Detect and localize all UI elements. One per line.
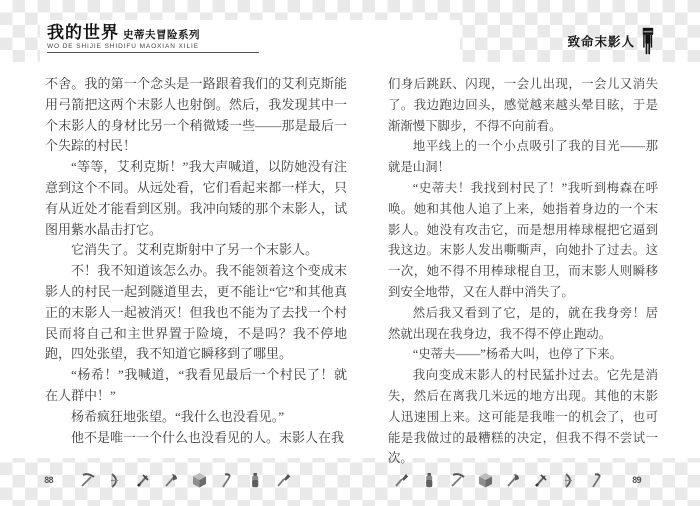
bow-icon: [107, 472, 124, 489]
paragraph: “等等，艾利克斯！”我大声喊道，以防她没有注意到这个不同。从远处看，它们看起来都…: [45, 157, 347, 240]
shovel-icon: [275, 472, 292, 489]
pickaxe-icon: [79, 472, 96, 489]
paragraph: “杨希！”我喊道，“我看见最后一个村民了！就在人群中！”: [45, 365, 347, 407]
series-logo-subtitle: 史蒂夫冒险系列: [123, 29, 200, 41]
potion-icon: [247, 472, 264, 489]
pickaxe-icon: [449, 472, 466, 489]
bow-icon: [561, 472, 578, 489]
enderman-icon: [640, 26, 656, 56]
sword-icon: [135, 472, 152, 489]
series-logo: 我的世界 史蒂夫冒险系列 WO DE SHIJIE SHIDIFU MAOXIA…: [47, 24, 277, 53]
paragraph: 然后我又看到了它，是的，就在我身旁！居然就出现在我身边，我不得不停止跑动。: [388, 303, 658, 345]
hoe-icon: [219, 472, 236, 489]
series-logo-pinyin: WO DE SHIJIE SHIDIFU MAOXIAN XILIE: [47, 43, 259, 53]
paragraph: 们身后跳跃、闪现，一会儿出现，一会儿又消失了。我边跑边回头，感觉越来越头晕目眩，…: [388, 74, 658, 136]
block-icon: [477, 472, 494, 489]
chapter-mark: 致命末影人: [567, 26, 656, 56]
paragraph: 地平线上的一个小点吸引了我的目光——那就是山洞！: [388, 136, 658, 178]
paragraph: “史蒂夫！我找到村民了！”我听到梅森在呼唤。她和其他人追了上来，她指着身边的一个…: [388, 178, 658, 303]
paragraph: 他不是唯一一个什么也没看见的人。末影人在我: [45, 428, 347, 449]
right-page-footer: 89: [393, 472, 641, 489]
left-page-footer: 88: [44, 472, 292, 489]
right-page-text: 们身后跳跃、闪现，一会儿出现，一会儿又消失了。我边跑边回头，感觉越来越头晕目眩，…: [388, 74, 658, 469]
shovel-icon: [393, 472, 410, 489]
paragraph: 不！我不知道该怎么办。我不能领着这个变成末影人的村民一起到隧道里去，更不能让“它…: [45, 261, 347, 365]
block-icon: [191, 472, 208, 489]
right-page-number: 89: [632, 476, 641, 486]
axe-icon: [505, 472, 522, 489]
series-logo-title: 我的世界: [47, 24, 119, 41]
right-icon-strip: [393, 472, 606, 489]
potion-icon: [421, 472, 438, 489]
hoe-icon: [589, 472, 606, 489]
axe-icon: [163, 472, 180, 489]
book-spread-scan: { "header": { "series_logo": { "title": …: [0, 0, 700, 506]
paragraph: 不舍。我的第一个念头是一路跟着我们的艾利克斯能用弓箭把这两个末影人也射倒。然后，…: [45, 74, 347, 157]
paragraph: “史蒂夫——”杨希大叫，也停了下来。: [388, 344, 658, 365]
left-page-number: 88: [44, 476, 53, 486]
left-icon-strip: [79, 472, 292, 489]
paragraph: 我向变成末影人的村民猛扑过去。它先是消失，然后在离我几米远的地方出现。其他的末影…: [388, 365, 658, 469]
paragraph: 它消失了。艾利克斯射中了另一个末影人。: [45, 240, 347, 261]
sword-icon: [533, 472, 550, 489]
paragraph: 杨希疯狂地张望。“我什么也没看见。”: [45, 407, 347, 428]
chapter-title: 致命末影人: [567, 32, 635, 50]
left-page-text: 不舍。我的第一个念头是一路跟着我们的艾利克斯能用弓箭把这两个末影人也射倒。然后，…: [45, 74, 347, 448]
